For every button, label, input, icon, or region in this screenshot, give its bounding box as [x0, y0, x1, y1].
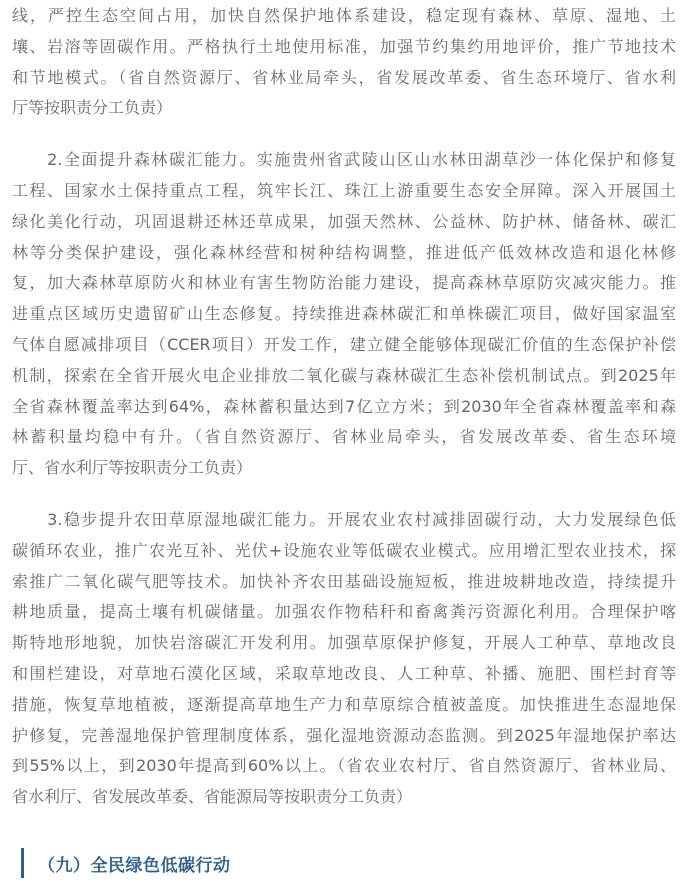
text-line: 省水利厅、省发展改革委、省能源局等按职责分工负责） [12, 782, 676, 813]
text-line: 索推广二氧化碳气肥等技术。加快补齐农田基础设施短板，推进坡耕地改造，持续提升 [12, 567, 676, 598]
paragraph-farmland-grassland-wetland: 3.稳步提升农田草原湿地碳汇能力。开展农业农村减排固碳行动，大力发展绿色低 碳循… [12, 505, 676, 813]
text-line: 线，严控生态空间占用，加快自然保护地体系建设，稳定现有森林、草原、湿地、土 [12, 1, 676, 32]
text-line: 和节地模式。（省自然资源厅、省林业局牵头，省发展改革委、省生态环境厅、省水利 [12, 63, 676, 94]
text-line: 绿化美化行动，巩固退耕还林还草成果，加强天然林、公益林、防护林、储备林、碳汇 [12, 207, 676, 238]
section-heading-text: （九）全民绿色低碳行动 [38, 851, 231, 876]
section-heading: （九）全民绿色低碳行动 [21, 848, 231, 878]
text-line: 气体自愿减排项目（CCER项目）开发工作，建立健全能够体现碳汇价值的生态保护补偿 [12, 330, 676, 361]
text-line: 和围栏建设，对草地石漠化区域，采取草地改良、人工种草、补播、施肥、围栏封育等 [12, 659, 676, 690]
text-line: 到55%以上，到2030年提高到60%以上。（省农业农村厅、省自然资源厅、省林业… [12, 751, 676, 782]
text-line: 措施，恢复草地植被，逐渐提高草地生产力和草原综合植被盖度。加快推进生态湿地保 [12, 690, 676, 721]
text-line: 3.稳步提升农田草原湿地碳汇能力。开展农业农村减排固碳行动，大力发展绿色低 [12, 505, 676, 536]
heading-accent-bar [21, 848, 24, 878]
text-line: 复，加大森林草原防火和林业有害生物防治能力建设，提高森林草原防灾减灾能力。推 [12, 268, 676, 299]
text-line: 林蓄积量均稳中有升。（省自然资源厅、省林业局牵头，省发展改革委、省生态环境 [12, 422, 676, 453]
text-line: 林等分类保护建设，强化森林经营和树种结构调整，推进低产低效林改造和退化林修 [12, 238, 676, 269]
text-line: 厅、省水利厅等按职责分工负责） [12, 453, 676, 484]
text-line: 厅等按职责分工负责） [12, 93, 676, 124]
text-line: 机制，探索在全省开展火电企业排放二氧化碳与森林碳汇生态补偿机制试点。到2025年 [12, 361, 676, 392]
text-line: 工程、国家水土保持重点工程，筑牢长江、珠江上游重要生态安全屏障。深入开展国土 [12, 176, 676, 207]
text-line: 耕地质量，提高土壤有机碳储量。加强农作物秸秆和畜禽粪污资源化利用。合理保护喀 [12, 597, 676, 628]
text-line: 护修复，完善湿地保护管理制度体系，强化湿地资源动态监测。到2025年湿地保护率达 [12, 721, 676, 752]
paragraph-forest-carbon-sink: 2.全面提升森林碳汇能力。实施贵州省武陵山区山水林田湖草沙一体化保护和修复 工程… [12, 145, 676, 484]
text-line: 壤、岩溶等固碳作用。严格执行土地使用标准，加强节约集约用地评价，推广节地技术 [12, 32, 676, 63]
text-line: 进重点区域历史遗留矿山生态修复。持续推进森林碳汇和单株碳汇项目，做好国家温室 [12, 299, 676, 330]
text-line: 斯特地形地貌，加快岩溶碳汇开发利用。加强草原保护修复，开展人工种草、草地改良 [12, 628, 676, 659]
text-line: 碳循环农业，推广农光互补、光伏+设施农业等低碳农业模式。应用增汇型农业技术，探 [12, 536, 676, 567]
article-body: 线，严控生态空间占用，加快自然保护地体系建设，稳定现有森林、草原、湿地、土 壤、… [12, 0, 676, 813]
paragraph-land-carbon-sink: 线，严控生态空间占用，加快自然保护地体系建设，稳定现有森林、草原、湿地、土 壤、… [12, 1, 676, 124]
text-line: 全省森林覆盖率达到64%，森林蓄积量达到7亿立方米；到2030年全省森林覆盖率和… [12, 392, 676, 423]
text-line: 2.全面提升森林碳汇能力。实施贵州省武陵山区山水林田湖草沙一体化保护和修复 [12, 145, 676, 176]
